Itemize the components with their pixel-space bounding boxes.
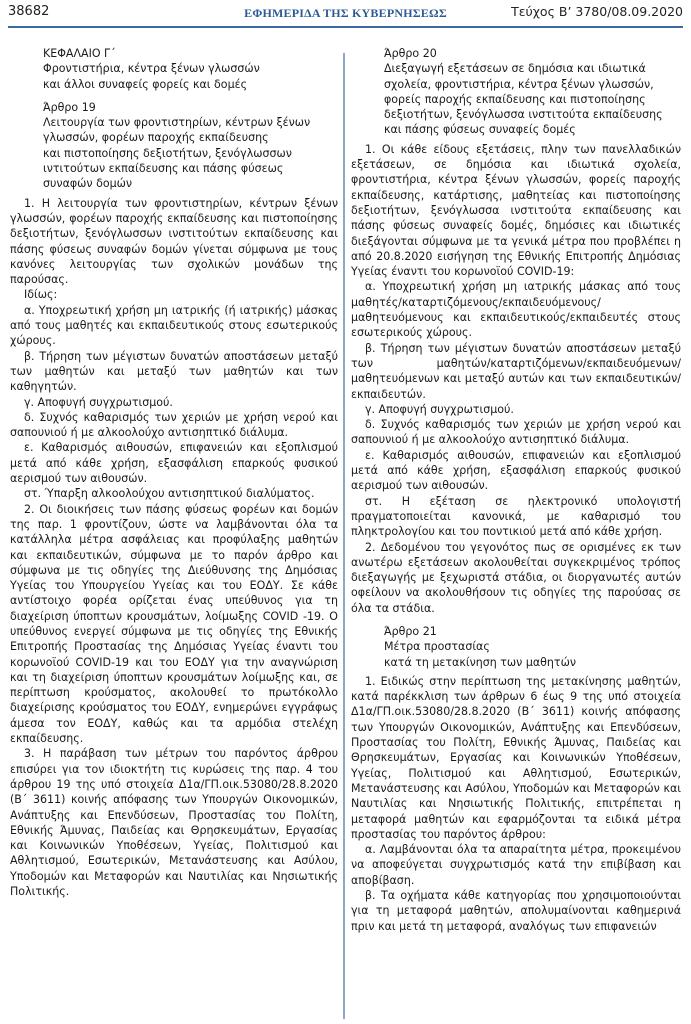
- article-title-line: συναφών δομών: [43, 176, 338, 191]
- article-label: Άρθρο 21: [384, 624, 681, 639]
- article-title-line: γλωσσών, φορέων παροχής εκπαίδευσης: [43, 130, 338, 145]
- paragraph: 3. Η παράβαση των μέτρων του παρόντος άρ…: [10, 746, 338, 899]
- left-column: ΚΕΦΑΛΑΙΟ Γ΄ Φροντιστήρια, κέντρα ξένων γ…: [10, 46, 338, 899]
- paragraph: α. Λαμβάνονται όλα τα απαραίτητα μέτρα, …: [351, 842, 681, 888]
- column-divider: [343, 53, 345, 1019]
- paragraph: β. Τήρηση των μέγιστων δυνατών αποστάσεω…: [10, 349, 338, 395]
- paragraph: α. Υποχρεωτική χρήση μη ιατρικής (ή ιατρ…: [10, 303, 338, 349]
- paragraph: γ. Αποφυγή συγχρωτισμού.: [10, 395, 338, 410]
- right-column: Άρθρο 20 Διεξαγωγή εξετάσεων σε δημόσια …: [351, 46, 681, 934]
- article-title-line: φορείς παροχής εκπαίδευσης και πιστοποίη…: [384, 92, 681, 107]
- chapter-label: ΚΕΦΑΛΑΙΟ Γ΄: [43, 46, 338, 61]
- article-label: Άρθρο 20: [384, 46, 681, 61]
- article-19-heading: Άρθρο 19 Λειτουργία των φροντιστηρίων, κ…: [43, 100, 338, 192]
- article-title-line: και πάσης φύσεως συναφείς δομές: [384, 122, 681, 137]
- chapter-title-line: και άλλοι συναφείς φορείς και δομές: [43, 77, 338, 92]
- paragraph: στ. Η εξέταση σε ηλεκτρονικό υπολογιστή …: [351, 494, 681, 540]
- chapter-heading: ΚΕΦΑΛΑΙΟ Γ΄ Φροντιστήρια, κέντρα ξένων γ…: [43, 46, 338, 92]
- article-title-line: ιντιτούτων εκπαίδευσης και πάσης φύσεως: [43, 161, 338, 176]
- paragraph: ε. Καθαρισμός αιθουσών, επιφανειών και ε…: [351, 448, 681, 494]
- paragraph: β. Τήρηση των μέγιστων δυνατών αποστάσεω…: [351, 341, 681, 402]
- article-21-heading: Άρθρο 21 Μέτρα προστασίας κατά τη μετακί…: [384, 624, 681, 670]
- paragraph: γ. Αποφυγή συγχρωτισμού.: [351, 402, 681, 417]
- article-title-line: Λειτουργία των φροντιστηρίων, κέντρων ξέ…: [43, 115, 338, 130]
- paragraph: α. Υποχρεωτική χρήση μη ιατρικής μάσκας …: [351, 279, 681, 340]
- page-header: 38682 ΕΦΗΜΕΡΙΔΑ ΤΗΣ ΚΥΒΕΡΝΗΣΕΩΣ Τεύχος Β…: [8, 0, 683, 28]
- article-title-line: Διεξαγωγή εξετάσεων σε δημόσια και ιδιωτ…: [384, 61, 681, 76]
- paragraph: ε. Καθαρισμός αιθουσών, επιφανειών και ε…: [10, 440, 338, 486]
- paragraph: 2. Οι διοικήσεις των πάσης φύσεως φορέων…: [10, 502, 338, 747]
- article-title-line: σχολεία, φροντιστήρια, κέντρα ξένων γλωσ…: [384, 77, 681, 92]
- paragraph: 2. Δεδομένου του γεγονότος πως σε ορισμέ…: [351, 540, 681, 616]
- paragraph: δ. Συχνός καθαρισμός των χεριών με χρήση…: [10, 410, 338, 441]
- paragraph: 1. Ειδικώς στην περίπτωση της μετακίνηση…: [351, 674, 681, 842]
- article-title-line: Μέτρα προστασίας: [384, 639, 681, 654]
- article-title-line: και πιστοποίησης δεξιοτήτων, ξενόγλωσσων: [43, 146, 338, 161]
- article-20-heading: Άρθρο 20 Διεξαγωγή εξετάσεων σε δημόσια …: [384, 46, 681, 138]
- paragraph: στ. Ύπαρξη αλκοολούχου αντισηπτικού διαλ…: [10, 486, 338, 501]
- article-title-line: κατά τη μετακίνηση των μαθητών: [384, 655, 681, 670]
- paragraph: 1. Οι κάθε είδους εξετάσεις, πλην των πα…: [351, 142, 681, 280]
- paragraph: β. Τα οχήματα κάθε κατηγορίας που χρησιμ…: [351, 888, 681, 934]
- article-title-line: δεξιοτήτων, ξενόγλωσσα ινστιτούτα εκπαίδ…: [384, 107, 681, 122]
- paragraph: δ. Συχνός καθαρισμός των χεριών με χρήση…: [351, 417, 681, 448]
- issue-reference: Τεύχος Β’ 3780/08.09.2020: [511, 4, 683, 19]
- paragraph: Ιδίως:: [10, 287, 338, 302]
- paragraph: 1. Η λειτουργία των φροντιστηρίων, κέντρ…: [10, 196, 338, 288]
- chapter-title-line: Φροντιστήρια, κέντρα ξένων γλωσσών: [43, 61, 338, 76]
- article-label: Άρθρο 19: [43, 100, 338, 115]
